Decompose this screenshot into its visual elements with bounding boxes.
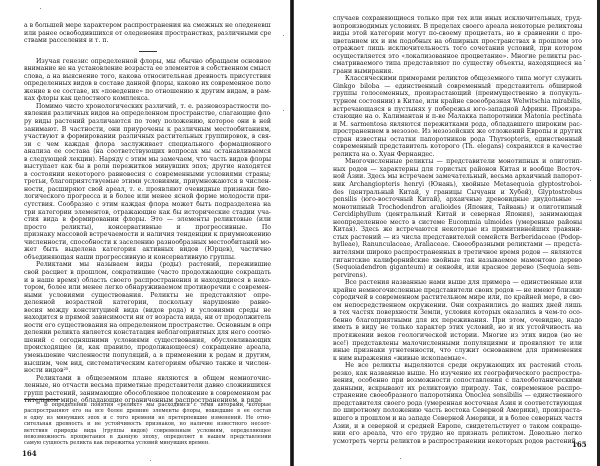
text-line: третьи, благоприятствуемые этими условия… [24,178,271,186]
text-line: анализа ее состава (на соответствующих в… [24,148,271,156]
paragraph: Все растения названные нами выше для при… [333,279,582,362]
text-line: ной Азии. Здесь мы встречаем замечательн… [333,173,582,181]
text-line: цветанием их и им подобных на обширных п… [333,38,582,46]
text-line: современный представитель которого (Th. … [333,143,582,151]
left-page-body: а в большей мере характером распростране… [24,22,271,405]
text-line: ствами расселения и т. п. [24,37,271,45]
text-line: встречающаяся в пустынях у побережья юго… [333,106,582,114]
text-line: группы голосеменных, произрастающий (пре… [333,90,582,98]
text-line: жет быть выделена категория активных вид… [24,246,271,254]
footnote: ²⁵ В определении понятия «реликт» мы рас… [24,402,271,447]
text-line: нии его ареала, что его трудно не призна… [333,430,582,438]
right-page-body: случаев сохраняющиеся только при тех или… [333,15,582,445]
text-line: ности его существования на определенном … [24,322,271,330]
text-line: в состоянии некоторого равновесия с совр… [24,171,271,179]
text-line: численности, способности к заселению раз… [24,239,271,247]
text-line: стия вида в формировании флоры. Это — эл… [24,216,271,224]
text-line: стых растений — из числа представителей … [333,234,582,242]
text-line: и в наше время) область своего распростр… [24,277,271,285]
text-line: признаку массовой встречаемости и наличи… [24,231,271,239]
footnote-line: сительная древность и не устойчивость пр… [24,421,271,427]
section-divider [139,51,157,52]
text-line: или ранее освободившихся от оледенения п… [24,30,271,38]
text-line: представителя своего рода (умеренная вос… [333,400,582,408]
paragraph: Классическими примерами реликтов общезем… [333,75,582,158]
text-line: гигантские калифорнийские хвойные так на… [333,257,582,265]
text-line: занимают. В частности, они приурочены к … [24,126,271,134]
text-line: находится в прямой зависимости ни от воз… [24,314,271,322]
text-line: внимание не на установление возраста ее … [24,65,271,73]
text-line: иные признаки угнетенности, что служит о… [333,347,582,355]
text-line: в тех частях поверхности Земли, условия … [333,309,582,317]
text-line: иметь в виду не только характер этих усл… [333,324,582,332]
text-line: делении реликта является констатация неб… [24,329,271,337]
text-line: зи с чем каждая флора заслуживает специа… [24,141,271,149]
text-line: жение в ее составе, их «поведение» по от… [24,88,271,96]
paragraph: Помимо чисто хронологических различий, т… [24,103,271,261]
text-line: des (центральный Китай, у границы Сычуан… [333,189,582,197]
page-number-left: 164 [22,449,37,458]
text-line: пространением в мезозое. Из мезозойских … [333,128,582,136]
text-line: (Sequoiadendron giganteum) и секвойя, ил… [333,264,582,272]
text-line: Cercidiphyllum (центральный Китай и севе… [333,211,582,219]
text-line: вшего в прошлом и на западе Северной Аме… [333,415,582,423]
text-line: Ginkgo biloba — единственный современный… [333,83,582,91]
text-line: pensilis (юго-восточный Китай), архаичны… [333,196,582,204]
text-line: pervirens). [333,272,582,280]
text-line: просто реликты), консервативные и прогре… [24,224,271,232]
text-line: резко, как названные выше. Но изучение и… [333,370,582,378]
text-line: Классическими примерами реликтов общезем… [333,75,582,83]
text-line: шений с сегодняшними условиями существов… [24,337,271,345]
text-line: групп растений, занимающие обособленное … [24,390,271,398]
text-line: три категории элементов, отражающие как … [24,209,271,217]
text-line: hylleae), Ranunculaceae, Araliaceae. Сво… [333,241,582,249]
text-line: Помимо чисто хронологических различий, т… [24,103,271,111]
text-line: весия между конституцией вида (видов род… [24,307,271,315]
text-line: слова, а на выяснение того, какова относ… [24,73,271,81]
text-line: тором, более или менее легко обнаруживае… [24,284,271,292]
paragraph: Многочисленные реликты — представители м… [333,158,582,279]
text-line: логического прогресса и в более или мене… [24,193,271,201]
text-line: явления различных видов на определенном … [24,110,271,118]
text-line: крайне немногочисленные представители св… [333,287,582,295]
text-line: ных родов — характерны для гористых райо… [333,166,582,174]
paragraph: случаев сохраняющиеся только при тех или… [333,15,582,75]
paragraph: Реликтами в общеземном плане являются в … [24,375,271,405]
text-line: отражает лишь исключительность того соче… [333,45,582,53]
text-line: Многочисленные реликты — представители м… [333,158,582,166]
text-line: протяжении веков геологической истории. … [333,332,582,340]
footnote-line: ветствия природы вида (группы видов) сов… [24,428,271,434]
paragraph: Не все реликты выделяются среди окружающ… [333,362,582,445]
paragraph: Реликтами мы называем виды (роды) растен… [24,261,271,374]
text-line: и M. sarmentosa являются пережитками род… [333,121,582,129]
text-line: усмотреть черты реликтов в распространен… [333,438,582,446]
text-line: Реликтами мы называем виды (роды) растен… [24,261,271,269]
text-line: осуществляется это «локализованное процв… [333,53,582,61]
text-line: сородичей в современном растительном мир… [333,294,582,302]
text-line: сутствия. Сообразно с этим каждая флора … [24,201,271,209]
text-line: монотипный Trochodendron aralioides (Япо… [333,204,582,212]
text-line: реликта на о. Хуан Фернандес. [333,151,582,159]
text-line: по широтному положению часть востока Сев… [333,407,582,415]
text-line: ем непосредственном окружении. Они сохра… [333,302,582,310]
text-line: Реликтами в общеземном плане являются в … [24,375,271,383]
text-line: объединяющая наши прогрессивную и консер… [24,254,271,262]
text-line: сматриваемого типа представляют по сущес… [333,60,582,68]
footnote-separator [24,399,60,400]
text-line: выступает как бы в роли пережитков минув… [24,163,271,171]
book-spread: а в большей мере характером распростране… [0,0,600,466]
text-line: уменьшение численности популяций, а в пр… [24,352,271,360]
text-line: ности, расширяют свой ареал, т. е. прояв… [24,186,271,194]
text-line: стающие на о. Калимантан и п-ве Малакка … [333,113,582,121]
text-line: ности видов²⁵. [24,367,271,375]
text-line: в следующей лекции). Наряду с этим мы за… [24,156,271,164]
footnote-line: самую сущность реликта как пережитка усл… [24,440,271,446]
text-line: происходящее (и, как правило, продолжающ… [24,344,271,352]
text-line: все!) представлены малочисленными популя… [333,340,582,348]
text-line: деленной возрастной категории, поскольку… [24,299,271,307]
text-line: вопроизводимых условиях. В пределах свое… [333,23,582,31]
text-line: а в большей мере характером распростране… [24,22,271,30]
text-line: случаев сохраняющиеся только при тех или… [333,15,582,23]
text-line: ленные, но отчасти весьма приметные пред… [24,382,271,390]
left-page: а в большей мере характером распростране… [0,0,292,466]
paragraph: а в большей мере характером распростране… [24,22,271,45]
text-line: данными, вскрывают их реликтовую природу… [333,385,582,393]
footnote-line: распространяют его на все более древние … [24,408,271,414]
text-line: свой расцвет в прошлом, сократившие (час… [24,269,271,277]
book-gutter [290,0,294,466]
text-line: ках флоры как целостного комплекса. [24,95,271,103]
text-line: ник Archangiopteris henryi (Юнань), хвой… [333,181,582,189]
text-line: бенно благоприятными для их переживания.… [333,317,582,325]
text-line: ными условиями существования. Реликты не… [24,292,271,300]
text-line: Китая). Здесь же встречаются некоторые и… [333,226,582,234]
text-line: неопределенное место в системе Eucommia … [333,219,582,227]
text-line: Все растения названные нами выше для при… [333,279,582,287]
text-line: ру виды растений различаются по тому пол… [24,118,271,126]
text-line: к ним выражения «живые ископаемые». [333,355,582,363]
text-line: определенных видов в составе данной флор… [24,80,271,88]
text-line: вителями широко распространенных в трети… [333,249,582,257]
text-line: виды этой категории могут по-своему проц… [333,30,582,38]
text-line: грани вымирания. [333,68,582,76]
text-line: участвуют в формировании различных расти… [24,133,271,141]
text-line: нения, особенно при возможности сопостав… [333,377,582,385]
text-line: странение своеобразного папоротника Onoc… [333,392,582,400]
text-line: Не все реликты выделяются среди окружающ… [333,362,582,370]
text-line: турном состоянии) в Китае, или крайне св… [333,98,582,106]
text-line: Изучая генезис определенной флоры, мы об… [24,58,271,66]
page-number-right: 165 [572,440,587,449]
paragraph: Изучая генезис определенной флоры, мы об… [24,58,271,103]
right-page: случаев сохраняющиеся только при тех или… [296,0,600,466]
text-line: стран известны остатки папоротников рода… [333,136,582,144]
text-line: высшим, чем вид, систематическим категор… [24,360,271,368]
text-line: Азии, и в северной и средней Европе, сви… [333,423,582,431]
